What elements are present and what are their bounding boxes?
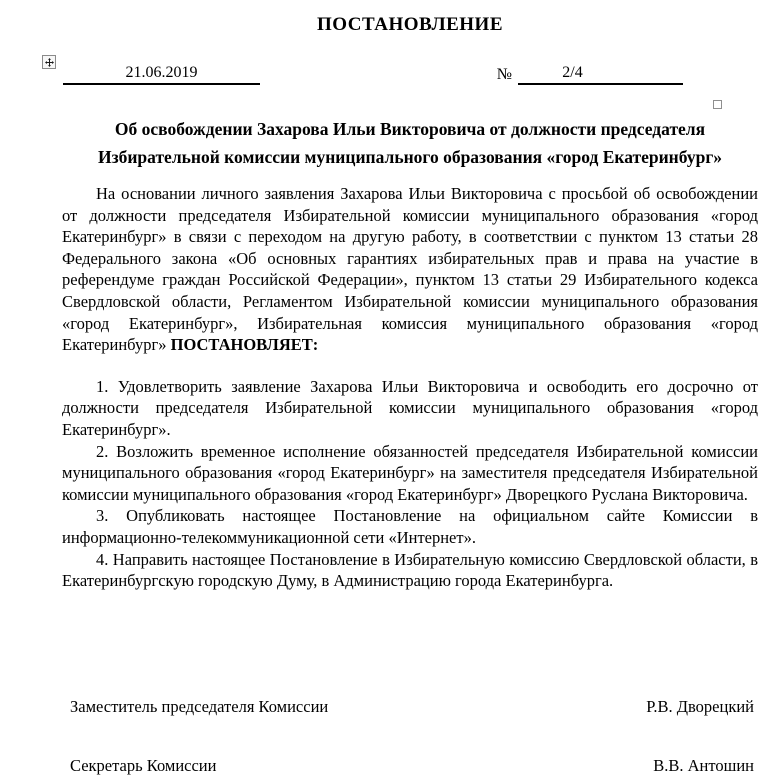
date-field[interactable]: 21.06.2019 (63, 64, 260, 85)
document-title: Об освобождении Захарова Ильи Викторович… (62, 115, 758, 171)
document-page: ПОСТАНОВЛЕНИЕ 21.06.2019 № 2/4 Об освобо… (0, 0, 779, 778)
table-move-handle[interactable] (42, 55, 56, 69)
number-sign-label: № (497, 64, 518, 85)
number-field[interactable]: 2/4 (518, 64, 683, 85)
document-type-heading: ПОСТАНОВЛЕНИЕ (62, 14, 758, 36)
table-resize-handle[interactable] (713, 100, 722, 109)
date-value: 21.06.2019 (126, 64, 198, 81)
document-title-line-2: Избирательной комиссии муниципального об… (62, 143, 758, 171)
preamble-paragraph[interactable]: На основании личного заявления Захарова … (62, 183, 758, 356)
resolution-item-4[interactable]: 4. Направить настоящее Постановление в И… (62, 549, 758, 592)
signature-name: Р.В. Дворецкий (646, 697, 754, 717)
signature-role: Заместитель председателя Комиссии (70, 697, 328, 717)
document-title-line-1: Об освобождении Захарова Ильи Викторович… (62, 115, 758, 143)
signature-row-deputy-chairman: Заместитель председателя Комиссии Р.В. Д… (70, 697, 754, 717)
preamble-text: На основании личного заявления Захарова … (62, 184, 758, 354)
resolves-word: ПОСТАНОВЛЯЕТ: (171, 335, 319, 354)
number-value: 2/4 (562, 64, 582, 81)
document-body: На основании личного заявления Захарова … (62, 183, 758, 592)
signature-row-secretary: Секретарь Комиссии В.В. Антошин (70, 756, 754, 776)
signature-name: В.В. Антошин (653, 756, 754, 776)
resolution-item-3[interactable]: 3. Опубликовать настоящее Постановление … (62, 505, 758, 548)
resolution-item-2[interactable]: 2. Возложить временное исполнение обязан… (62, 441, 758, 506)
resolution-item-1[interactable]: 1. Удовлетворить заявление Захарова Ильи… (62, 376, 758, 441)
number-group: № 2/4 (497, 64, 683, 85)
date-number-row: 21.06.2019 № 2/4 (62, 64, 758, 86)
signature-role: Секретарь Комиссии (70, 756, 216, 776)
move-arrows-icon (45, 58, 54, 67)
